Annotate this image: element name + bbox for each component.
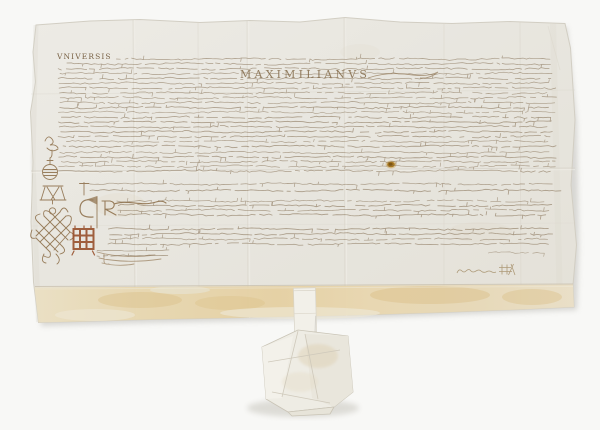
- parchment-scene: [0, 0, 600, 430]
- folded-seal-packet: [262, 330, 353, 416]
- imperial-name-text: MAXIMILIANVS: [240, 69, 370, 80]
- incipit-word: VNIVERSIS: [57, 53, 112, 61]
- parchment-tag: [293, 288, 316, 333]
- manuscript-photo: VNIVERSIS MAXIMILIANVS: [0, 0, 600, 430]
